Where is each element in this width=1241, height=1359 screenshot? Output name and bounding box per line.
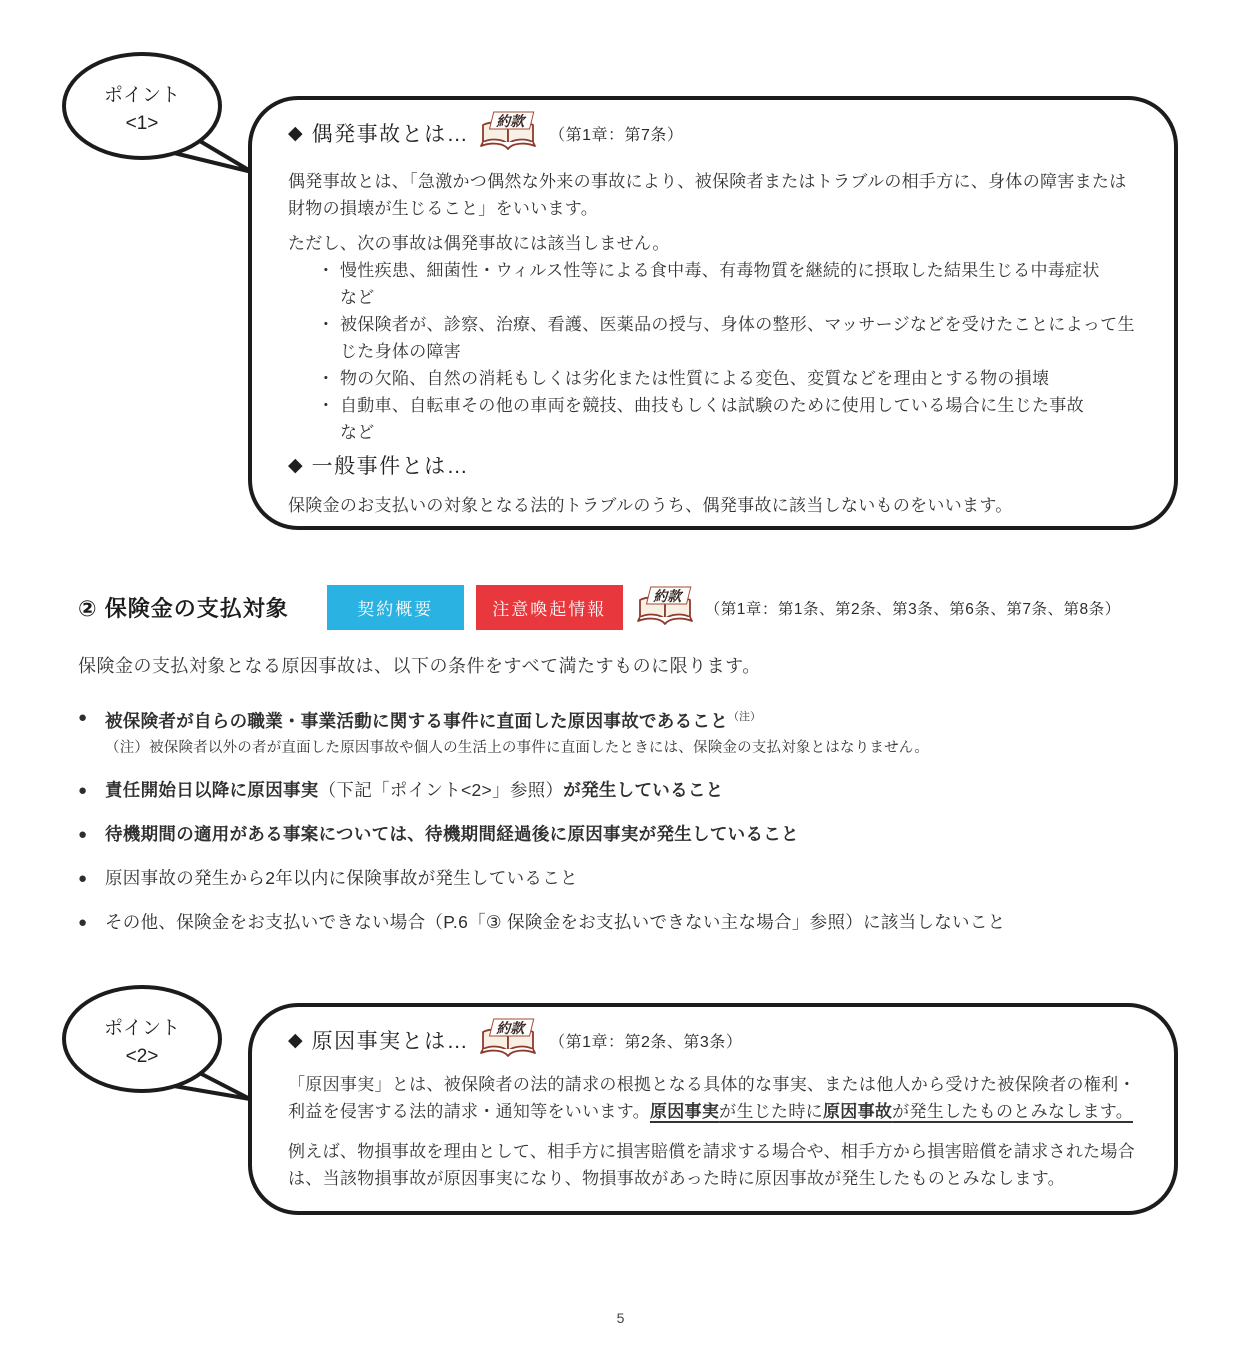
list-bullet: ● <box>78 777 96 804</box>
list-bullet: ● <box>78 865 96 892</box>
diamond-icon: ◆ <box>288 124 303 143</box>
condition-item: ● その他、保険金をお支払いできない場合（P.6「③ 保険金をお支払いできない主… <box>78 909 1173 936</box>
exclusion-item-text: 被保険者が、診察、治療、看護、医薬品の授与、身体の整形、マッサージなどを受けたこ… <box>340 311 1136 365</box>
terms-book-icon: 約款 <box>635 586 695 630</box>
box2-title: 原因事実とは… <box>312 1025 470 1055</box>
section-intro: 保険金の支払対象となる原因事故は、以下の条件をすべて満たすものに限ります。 <box>78 652 1173 678</box>
point-1-label: ポイント <box>104 85 180 106</box>
page-number: 5 <box>0 1310 1241 1326</box>
contract-summary-badge: 契約概要 <box>327 585 464 630</box>
accidental-incident-box: ◆ 偶発事故とは… 約款 （第1章：第7条） 偶発事故とは、「急激かつ偶然な外来… <box>248 96 1178 530</box>
condition-item: ● 被保険者が自らの職業・事業活動に関する事件に直面した原因事故であること（注）… <box>78 704 1173 759</box>
alert-info-badge: 注意喚起情報 <box>476 585 623 630</box>
list-bullet: ● <box>78 704 96 759</box>
condition-item: ● 原因事故の発生から2年以内に保険事故が発生していること <box>78 865 1173 892</box>
list-item: ・ 物の欠陥、自然の消耗もしくは劣化または性質による変色、変質などを理由とする物… <box>312 365 1136 392</box>
list-bullet: ・ <box>312 365 340 392</box>
underlined-sentence: 原因事実が生じた時に原因事故が発生したものとみなします。 <box>650 1102 1133 1121</box>
list-bullet: ・ <box>312 257 340 284</box>
list-bullet: ・ <box>312 392 340 419</box>
box1-title: 偶発事故とは… <box>312 118 470 148</box>
condition-item: ● 待機期間の適用がある事案については、待機期間経過後に原因事実が発生しているこ… <box>78 821 1173 848</box>
box1-article-ref: （第1章：第7条） <box>549 122 683 145</box>
speech-bubble-icon: ポイント <1> <box>50 48 260 188</box>
note-superscript: （注） <box>728 711 761 723</box>
condition-text: その他、保険金をお支払いできない場合（P.6「③ 保険金をお支払いできない主な場… <box>105 909 1005 936</box>
list-bullet: ● <box>78 821 96 848</box>
general-case-definition: 保険金のお支払いの対象となる法的トラブルのうち、偶発事故に該当しないものをいいま… <box>288 492 1136 519</box>
speech-bubble-icon: ポイント <2> <box>50 983 260 1123</box>
diamond-icon: ◆ <box>288 456 303 475</box>
terms-book-label: 約款 <box>652 587 685 605</box>
causal-fact-definition: 「原因事実」とは、被保険者の法的請求の根拠となる具体的な事実、または他人から受け… <box>288 1071 1136 1125</box>
point-2-number: <2> <box>126 1046 159 1067</box>
exclusion-item-text: 自動車、自転車その他の車両を競技、曲技もしくは試験のために使用している場合に生じ… <box>340 392 1084 419</box>
box1-title-row: ◆ 偶発事故とは… 約款 （第1章：第7条） <box>288 116 1136 150</box>
general-case-title: 一般事件とは… <box>312 450 470 480</box>
exclusion-item-suffix: など <box>340 284 1136 311</box>
section-article-ref: （第1章：第1条、第2条、第3条、第6条、第7条、第8条） <box>705 597 1121 619</box>
exclusion-item-suffix: など <box>340 419 1136 446</box>
diamond-icon: ◆ <box>288 1031 303 1050</box>
terms-book-icon: 約款 <box>478 1018 538 1062</box>
section-heading-row: ② 保険金の支払対象 契約概要 注意喚起情報 約款 （第1章：第1条、第2条、第… <box>78 585 1173 630</box>
condition-text: 待機期間の適用がある事案については、待機期間経過後に原因事実が発生していること <box>105 821 799 848</box>
section-title: ② 保険金の支払対象 <box>78 592 289 623</box>
terms-book-label: 約款 <box>495 112 528 130</box>
terms-book-icon: 約款 <box>478 111 538 155</box>
point-2-label: ポイント <box>104 1018 180 1039</box>
condition-note: （注）被保険者以外の者が直面した原因事故や個人の生活上の事件に直面したときには、… <box>105 737 929 759</box>
point-1-callout: ポイント <1> <box>50 48 260 188</box>
point-1-number: <1> <box>126 113 159 134</box>
box2-title-row: ◆ 原因事実とは… 約款 （第1章：第2条、第3条） <box>288 1023 1136 1057</box>
causal-fact-example: 例えば、物損事故を理由として、相手方に損害賠償を請求する場合や、相手方から損害賠… <box>288 1138 1136 1192</box>
condition-text: 責任開始日以降に原因事実（下記「ポイント<2>」参照）が発生していること <box>105 777 723 804</box>
exclusion-list: ・ 慢性疾患、細菌性・ウィルス性等による食中毒、有毒物質を継続的に摂取した結果生… <box>288 257 1136 446</box>
payment-target-section: ② 保険金の支払対象 契約概要 注意喚起情報 約款 （第1章：第1条、第2条、第… <box>78 585 1173 954</box>
causal-fact-box: ◆ 原因事実とは… 約款 （第1章：第2条、第3条） 「原因事実」とは、被保険者… <box>248 1003 1178 1215</box>
terms-book-label: 約款 <box>495 1019 528 1037</box>
list-item: ・ 慢性疾患、細菌性・ウィルス性等による食中毒、有毒物質を継続的に摂取した結果生… <box>312 257 1136 284</box>
point-2-callout: ポイント <2> <box>50 983 260 1123</box>
condition-text: 原因事故の発生から2年以内に保険事故が発生していること <box>105 865 578 892</box>
conditions-list: ● 被保険者が自らの職業・事業活動に関する事件に直面した原因事故であること（注）… <box>78 704 1173 936</box>
box1-subtitle-row: ◆ 一般事件とは… <box>288 448 1136 482</box>
accidental-incident-definition: 偶発事故とは、「急激かつ偶然な外来の事故により、被保険者またはトラブルの相手方に… <box>288 168 1136 222</box>
list-bullet: ・ <box>312 311 340 365</box>
condition-text: 被保険者が自らの職業・事業活動に関する事件に直面した原因事故であること（注） （… <box>105 704 929 759</box>
condition-item: ● 責任開始日以降に原因事実（下記「ポイント<2>」参照）が発生していること <box>78 777 1173 804</box>
list-bullet: ● <box>78 909 96 936</box>
box2-article-ref: （第1章：第2条、第3条） <box>549 1029 742 1052</box>
list-item: ・ 被保険者が、診察、治療、看護、医薬品の授与、身体の整形、マッサージなどを受け… <box>312 311 1136 365</box>
exclusion-item-text: 慢性疾患、細菌性・ウィルス性等による食中毒、有毒物質を継続的に摂取した結果生じる… <box>340 257 1100 284</box>
exclusion-item-text: 物の欠陥、自然の消耗もしくは劣化または性質による変色、変質などを理由とする物の損… <box>340 365 1049 392</box>
exclusion-lead-text: ただし、次の事故は偶発事故には該当しません。 <box>288 230 1136 257</box>
list-item: ・ 自動車、自転車その他の車両を競技、曲技もしくは試験のために使用している場合に… <box>312 392 1136 419</box>
